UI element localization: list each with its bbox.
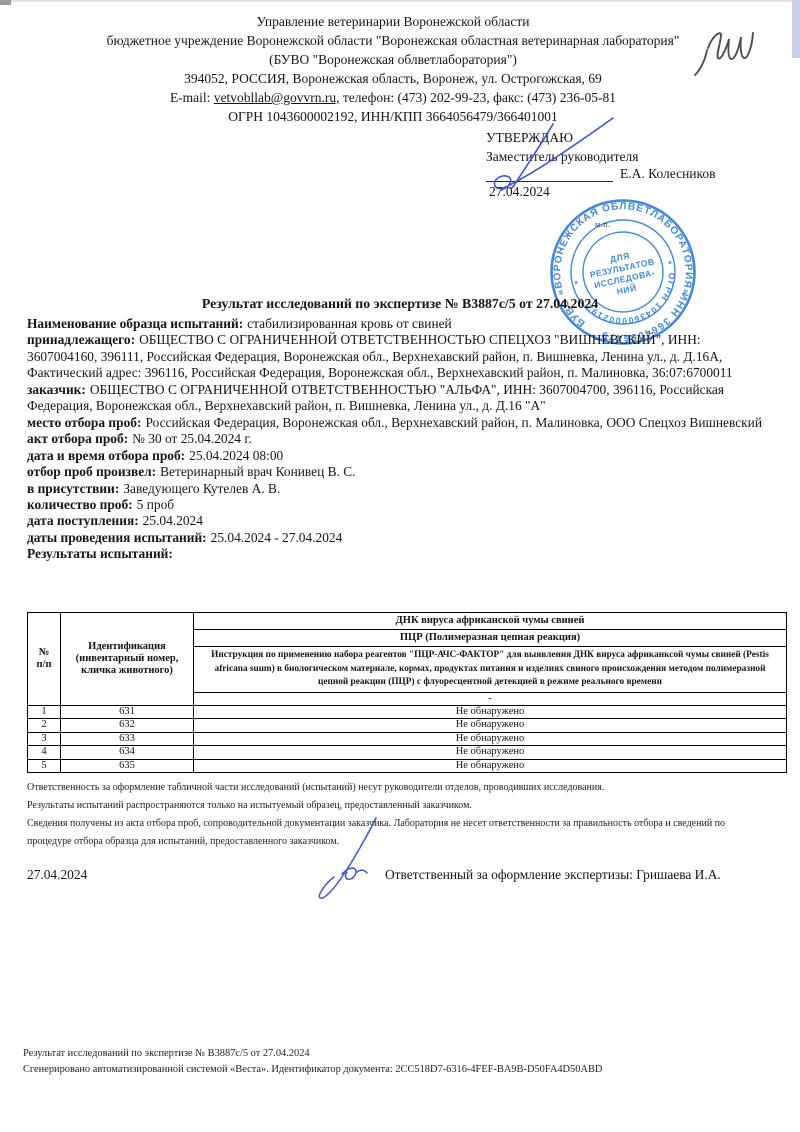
org-ogrn-line: ОГРН 1043600002192, ИНН/КПП 3664056479/3… [0,107,786,126]
expert-signature [312,812,402,907]
detail-testing-dates: даты проведения испытаний:25.04.2024 - 2… [27,530,773,546]
detail-sampled-by: отбор проб произвел:Ветеринарный врач Ко… [27,464,773,480]
table-row: 5 635 Не обнаружено [28,759,787,773]
method-detail-header: Инструкция по применению набора реагенто… [194,647,787,693]
footer-expertise-ref: Результат исследований по экспертизе № В… [23,1046,602,1062]
org-address-line: 394052, РОССИЯ, Воронежская область, Вор… [0,69,786,88]
sample-details: Наименование образца испытаний:стабилизи… [27,316,773,563]
col-header-identification: Идентификация (инвентарный номер, кличка… [61,613,194,706]
detail-results-heading: Результаты испытаний: [27,546,773,562]
detail-witness: в присутствии:Заведующего Кутелев А. В. [27,481,773,497]
detail-sampling-act: акт отбора проб:№ 30 от 25.04.2024 г. [27,431,773,447]
email-address: vetvobllab@govvrn.ru, [214,90,340,105]
table-row: 4 634 Не обнаружено [28,746,787,760]
detail-sample-name: Наименование образца испытаний:стабилизи… [27,316,773,332]
col-header-num: № п/п [28,613,61,706]
detail-owner: принадлежащего:ОБЩЕСТВО С ОГРАНИЧЕННОЙ О… [27,332,773,381]
org-shortname-line: (БУВО "Воронежская облветлаборатория") [0,50,786,69]
org-fullname-line: бюджетное учреждение Воронежской области… [0,31,786,50]
approval-signature [455,116,615,200]
page-title: Результат исследований по экспертизе № В… [0,296,800,312]
norm-row-cell: - [194,692,787,705]
scan-edge-artifact-right [792,0,800,58]
org-header: Управление ветеринарии Воронежской облас… [0,12,786,126]
footer-generated-by: Сгенерировано автоматизированной системо… [23,1062,602,1078]
table-row: 1 631 Не обнаружено [28,705,787,719]
scan-edge-artifact-corner [0,0,11,5]
handwritten-initials [692,18,777,78]
org-name-line: Управление ветеринарии Воронежской облас… [0,12,786,31]
org-contacts-line: E-mail: vetvobllab@govvrn.ru, телефон: (… [0,88,786,107]
detail-sampling-datetime: дата и время отбора проб:25.04.2024 08:0… [27,448,773,464]
detail-sample-count: количество проб:5 проб [27,497,773,513]
results-table: № п/п Идентификация (инвентарный номер, … [27,612,787,773]
stamp-star-right: * [668,259,674,270]
detail-customer: заказчик:ОБЩЕСТВО С ОГРАНИЧЕННОЙ ОТВЕТСТ… [27,382,773,415]
method-header: ПЦР (Полимеразная цепная реакция) [194,630,787,647]
table-row: 3 633 Не обнаружено [28,732,787,746]
signoff-responsible: Ответственный за оформление экспертизы: … [385,867,721,883]
test-name-header: ДНК вируса африканской чумы свиней [194,613,787,630]
approver-name: Е.А. Колесников [620,166,716,182]
phone-fax: телефон: (473) 202-99-23, факс: (473) 23… [343,90,616,105]
doc-footer: Результат исследований по экспертизе № В… [23,1046,602,1077]
detail-sampling-place: место отбора проб:Российская Федерация, … [27,415,773,431]
email-label: E-mail: [170,90,211,105]
note-responsibility: Ответственность за оформление табличной … [27,779,755,797]
signoff-date: 27.04.2024 [27,867,87,883]
scan-edge-artifact-top [0,0,796,2]
table-row: 2 632 Не обнаружено [28,719,787,733]
detail-receipt-date: дата поступления:25.04.2024 [27,513,773,529]
stamp-star-left: * [574,279,580,290]
document-page: Управление ветеринарии Воронежской облас… [0,0,800,1132]
